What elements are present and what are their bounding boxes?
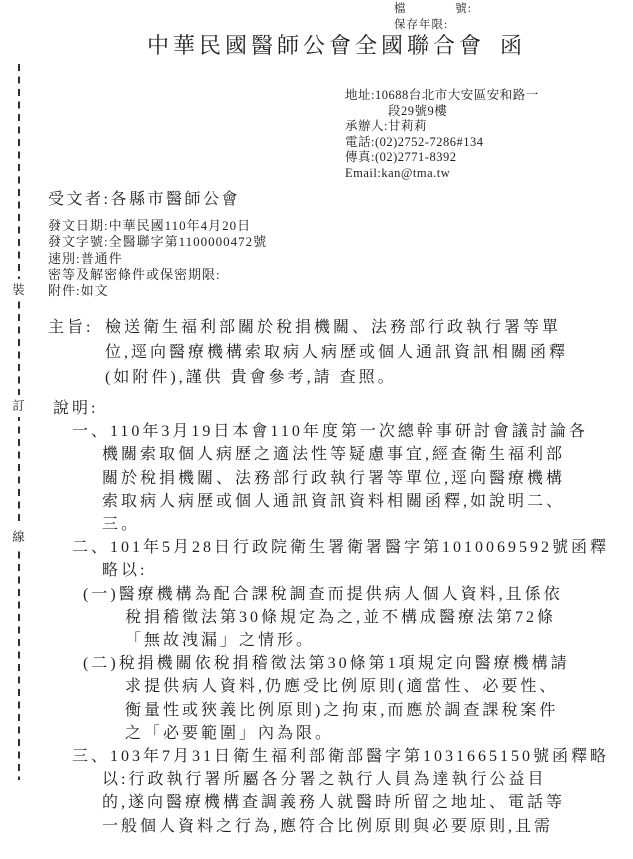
meta-line: 發文字號:全醫聯字第1100000472號 <box>48 234 267 250</box>
subject-label: 主旨: <box>48 315 93 340</box>
explanation-line: 「無故洩漏」之情形。 <box>48 629 609 652</box>
binding-margin: 裝 訂 線 <box>10 64 27 780</box>
contact-line: 地址:10688台北市大安區安和路一 <box>345 88 539 104</box>
contact-line: 傳真:(02)2771-8392 <box>345 150 539 166</box>
recipient-line: 受文者:各縣市醫師公會 <box>48 186 240 209</box>
subject-line: 位,逕向醫療機構索取病人病歷或個人通訊資訊相關函釋 <box>48 340 568 365</box>
explanation-block: 說明: 一、110年3月19日本會110年度第一次總幹事研討會議討論各機關索取個… <box>48 397 609 838</box>
document-title: 中華民國醫師公會全國聯合會函 <box>0 29 633 60</box>
explanation-line: 略以: <box>48 559 609 582</box>
binding-mark-ding: 訂 <box>10 395 27 417</box>
explanation-line: 關於稅捐機關、法務部行政執行署等單位,逕向醫療機構 <box>48 467 609 490</box>
recipient-label: 受文者: <box>48 191 110 208</box>
file-label: 檔 <box>394 2 407 18</box>
meta-line: 發文日期:中華民國110年4月20日 <box>48 218 267 234</box>
contact-line: 承辦人:甘莉莉 <box>345 119 539 135</box>
explanation-line: 衡量性或狹義比例原則)之拘束,而應於調查課稅案件 <box>48 699 609 722</box>
explanation-line: (一)醫療機構為配合課稅調查而提供病人個人資料,且係依 <box>48 583 609 606</box>
binding-mark-zhuang: 裝 <box>10 279 27 301</box>
binding-dashed-line <box>18 64 20 780</box>
contact-line: 段29號9樓 <box>345 104 539 120</box>
org-name: 中華民國醫師公會全國聯合會 <box>147 33 485 58</box>
explanation-line: 一、110年3月19日本會110年度第一次總幹事研討會議討論各 <box>48 420 609 443</box>
explanation-line: 之「必要範圍」內為限。 <box>48 722 609 745</box>
explanation-line: 稅捐稽徵法第30條規定為之,並不構成醫療法第72條 <box>48 606 609 629</box>
issuance-meta-block: 發文日期:中華民國110年4月20日發文字號:全醫聯字第1100000472號速… <box>48 218 267 299</box>
explanation-line: (二)稅捐機關依稅捐稽徵法第30條第1項規定向醫療機構請 <box>48 652 609 675</box>
explanation-line: 二、101年5月28日行政院衛生署衛署醫字第1010069592號函釋 <box>48 536 609 559</box>
sender-contact-block: 地址:10688台北市大安區安和路一段29號9樓承辦人:甘莉莉電話:(02)27… <box>345 88 539 181</box>
explanation-line: 索取病人病歷或個人通訊資訊資料相關函釋,如說明二、 <box>48 490 609 513</box>
explanation-line: 三。 <box>48 513 609 536</box>
recipient-value: 各縣市醫師公會 <box>110 191 240 208</box>
subject-block: 主旨: 檢送衛生福利部關於稅捐機關、法務部行政執行署等單位,逕向醫療機構索取病人… <box>48 315 568 390</box>
doc-type-label: 函 <box>500 33 526 58</box>
contact-line: 電話:(02)2752-7286#134 <box>345 135 539 151</box>
meta-line: 附件:如文 <box>48 283 267 299</box>
file-no-label: 號: <box>455 2 472 18</box>
contact-line: Email:kan@tma.tw <box>345 166 539 182</box>
meta-line: 密等及解密條件或保密期限: <box>48 267 267 283</box>
explanation-line: 的,遂向醫療機構查調義務人就醫時所留之地址、電話等 <box>48 791 609 814</box>
explanation-label: 說明: <box>48 397 609 420</box>
explanation-line: 一般個人資料之行為,應符合比例原則與必要原則,且需 <box>48 815 609 838</box>
official-letter-page: 檔 號: 保存年限: 中華民國醫師公會全國聯合會函 裝 訂 線 地址:10688… <box>0 0 633 859</box>
explanation-line: 求提供病人資料,仍應受比例原則(適當性、必要性、 <box>48 675 609 698</box>
explanation-line: 以:行政執行署所屬各分署之執行人員為達執行公益目 <box>48 768 609 791</box>
meta-line: 速別:普通件 <box>48 251 267 267</box>
explanation-line: 機關索取個人病歷之適法性等疑慮事宜,經查衛生福利部 <box>48 443 609 466</box>
binding-mark-xian: 線 <box>10 526 27 548</box>
subject-line: 檢送衛生福利部關於稅捐機關、法務部行政執行署等單 <box>48 315 568 340</box>
subject-line: (如附件),謹供 貴會參考,請 查照。 <box>48 365 568 390</box>
explanation-line: 三、103年7月31日衛生福利部衛部醫字第1031665150號函釋略 <box>48 745 609 768</box>
file-number-row: 檔 號: <box>394 2 472 18</box>
